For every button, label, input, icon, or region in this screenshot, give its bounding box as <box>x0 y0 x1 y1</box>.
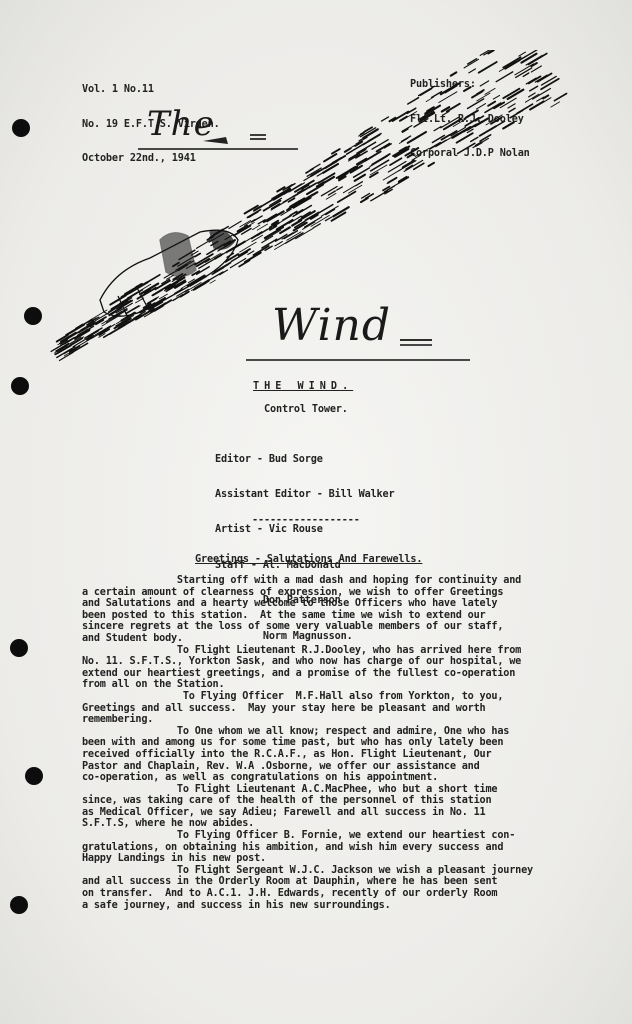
article-line: received officially into the R.C.A.F., a… <box>82 749 552 761</box>
article-line: remembering. <box>82 714 552 726</box>
masthead-word-the: The <box>147 104 215 144</box>
article-body: Starting off with a mad dash and hoping … <box>82 575 552 911</box>
article-line: To One whom we all know; respect and adm… <box>82 726 552 738</box>
article-line: To Flight Lieutenant A.C.MacPhee, who bu… <box>82 784 552 796</box>
article-line: and all success in the Orderly Room at D… <box>82 876 552 888</box>
article-line: as Medical Officer, we say Adieu; Farewe… <box>82 807 552 819</box>
section-heading: Greetings - Salutations And Farewells. <box>195 554 422 566</box>
article-line: co-operation, as well as congratulations… <box>82 772 552 784</box>
newsletter-subtitle: Control Tower. <box>264 404 348 416</box>
article-line: and Student body. <box>82 633 552 645</box>
article-line: a certain amount of clearness of express… <box>82 587 552 599</box>
article-line: on transfer. And to A.C.1. J.H. Edwards,… <box>82 888 552 900</box>
article-line: Starting off with a mad dash and hoping … <box>82 575 552 587</box>
article-line: gratulations, on obtaining his ambition,… <box>82 842 552 854</box>
section-divider: ------------------ <box>252 515 360 527</box>
punch-hole <box>10 639 28 657</box>
article-line: To Flight Lieutenant R.J.Dooley, who has… <box>82 645 552 657</box>
punch-hole <box>10 896 28 914</box>
newsletter-title-text: THE WIND. <box>253 381 353 392</box>
article-line: sincere regrets at the loss of some very… <box>82 621 552 633</box>
article-line: Pastor and Chaplain, Rev. W.A .Osborne, … <box>82 761 552 773</box>
article-line: since, was taking care of the health of … <box>82 795 552 807</box>
article-line: been with and among us for some time pas… <box>82 737 552 749</box>
article-line: No. 11. S.F.T.S., Yorkton Sask, and who … <box>82 656 552 668</box>
newsletter-title: THE WIND. <box>253 381 353 393</box>
article-line: To Flying Officer M.F.Hall also from Yor… <box>82 691 552 703</box>
document-page: Vol. 1 No.11 No. 19 E.F.T.S. Virden. Oct… <box>0 0 632 1024</box>
article-line: extend our heartiest greetings, and a pr… <box>82 668 552 680</box>
punch-hole <box>25 767 43 785</box>
article-line: Happy Landings in his new post. <box>82 853 552 865</box>
article-line: To Flying Officer B. Fornie, we extend o… <box>82 830 552 842</box>
staff-assistant-editor: Assistant Editor - Bill Walker <box>215 489 395 501</box>
article-line: and Salutations and a hearty welcome to … <box>82 598 552 610</box>
masthead-word-wind: Wind <box>272 300 391 351</box>
article-line: a safe journey, and success in his new s… <box>82 900 552 912</box>
article-line: To Flight Sergeant W.J.C. Jackson we wis… <box>82 865 552 877</box>
article-line: been posted to this station. At the same… <box>82 610 552 622</box>
article-line: Greetings and all success. May your stay… <box>82 703 552 715</box>
article-line: from all on the Station. <box>82 679 552 691</box>
staff-editor: Editor - Bud Sorge <box>215 454 395 466</box>
article-line: S.F.T.S, where he now abides. <box>82 818 552 830</box>
